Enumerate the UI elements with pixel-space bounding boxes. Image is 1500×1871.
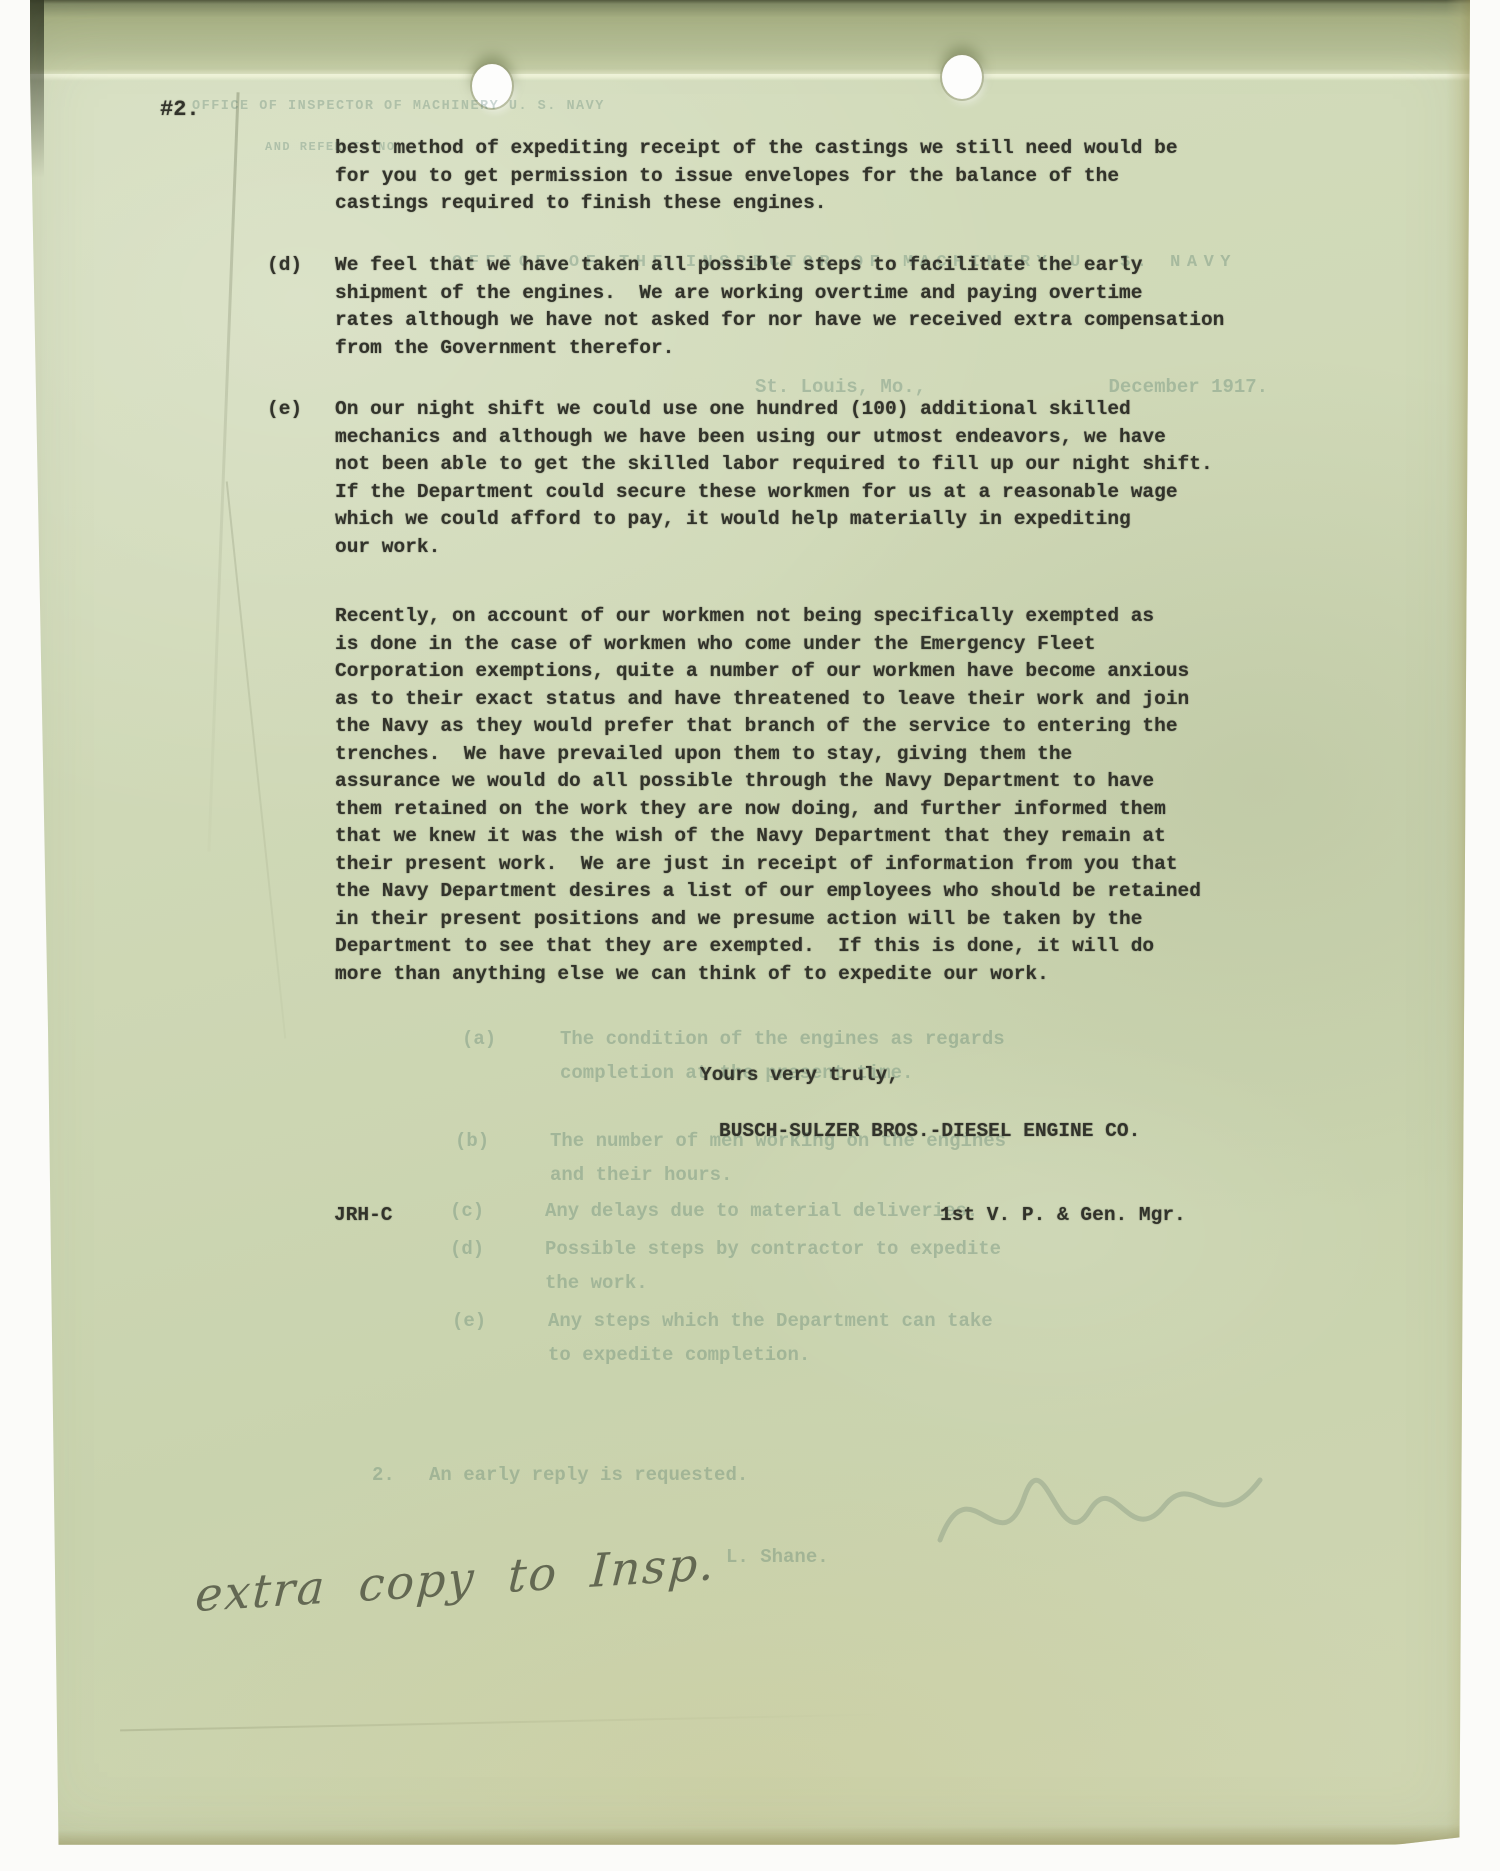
paragraph-intro: best method of expediting receipt of the… xyxy=(335,135,1178,218)
bleedthrough-item-c-text: Any delays due to material deliveries. xyxy=(545,1194,978,1228)
punch-hole-right xyxy=(942,55,982,99)
bleedthrough-item-e-label: (e) xyxy=(452,1304,486,1338)
paragraph-main: Recently, on account of our workmen not … xyxy=(335,603,1201,988)
bleedthrough-item-d-label: (d) xyxy=(450,1232,484,1266)
valediction: Yours very truly, xyxy=(700,1062,899,1090)
bleedthrough-item-d-text: Possible steps by contractor to expedite… xyxy=(545,1232,1001,1300)
typist-reference: JRH-C xyxy=(334,1202,393,1230)
bleedthrough-signature-flourish xyxy=(930,1420,1270,1590)
bleedthrough-letterhead-line1: OFFICE OF INSPECTOR OF MACHINERY U. S. N… xyxy=(192,90,605,124)
scanned-letter-page-2: OFFICE OF INSPECTOR OF MACHINERY U. S. N… xyxy=(0,0,1500,1871)
page-number: #2. xyxy=(160,96,200,124)
bleedthrough-item-c-label: (c) xyxy=(450,1194,484,1228)
bleedthrough-signature-name: L. Shane. xyxy=(726,1540,829,1574)
bleedthrough-request-line: 2. An early reply is requested. xyxy=(372,1458,748,1492)
paragraph-e: On our night shift we could use one hund… xyxy=(335,396,1213,561)
company-signature-line: BUSCH-SULZER BROS.-DIESEL ENGINE CO. xyxy=(719,1118,1140,1146)
bleedthrough-item-b-label: (b) xyxy=(455,1124,489,1158)
paragraph-e-label: (e) xyxy=(267,396,302,424)
bleedthrough-item-e-text: Any steps which the Department can take … xyxy=(548,1304,993,1372)
signer-title: 1st V. P. & Gen. Mgr. xyxy=(940,1202,1186,1230)
paragraph-d-label: (d) xyxy=(267,252,302,280)
bleedthrough-item-a-label: (a) xyxy=(462,1022,496,1056)
paragraph-d: We feel that we have taken all possible … xyxy=(335,252,1224,362)
